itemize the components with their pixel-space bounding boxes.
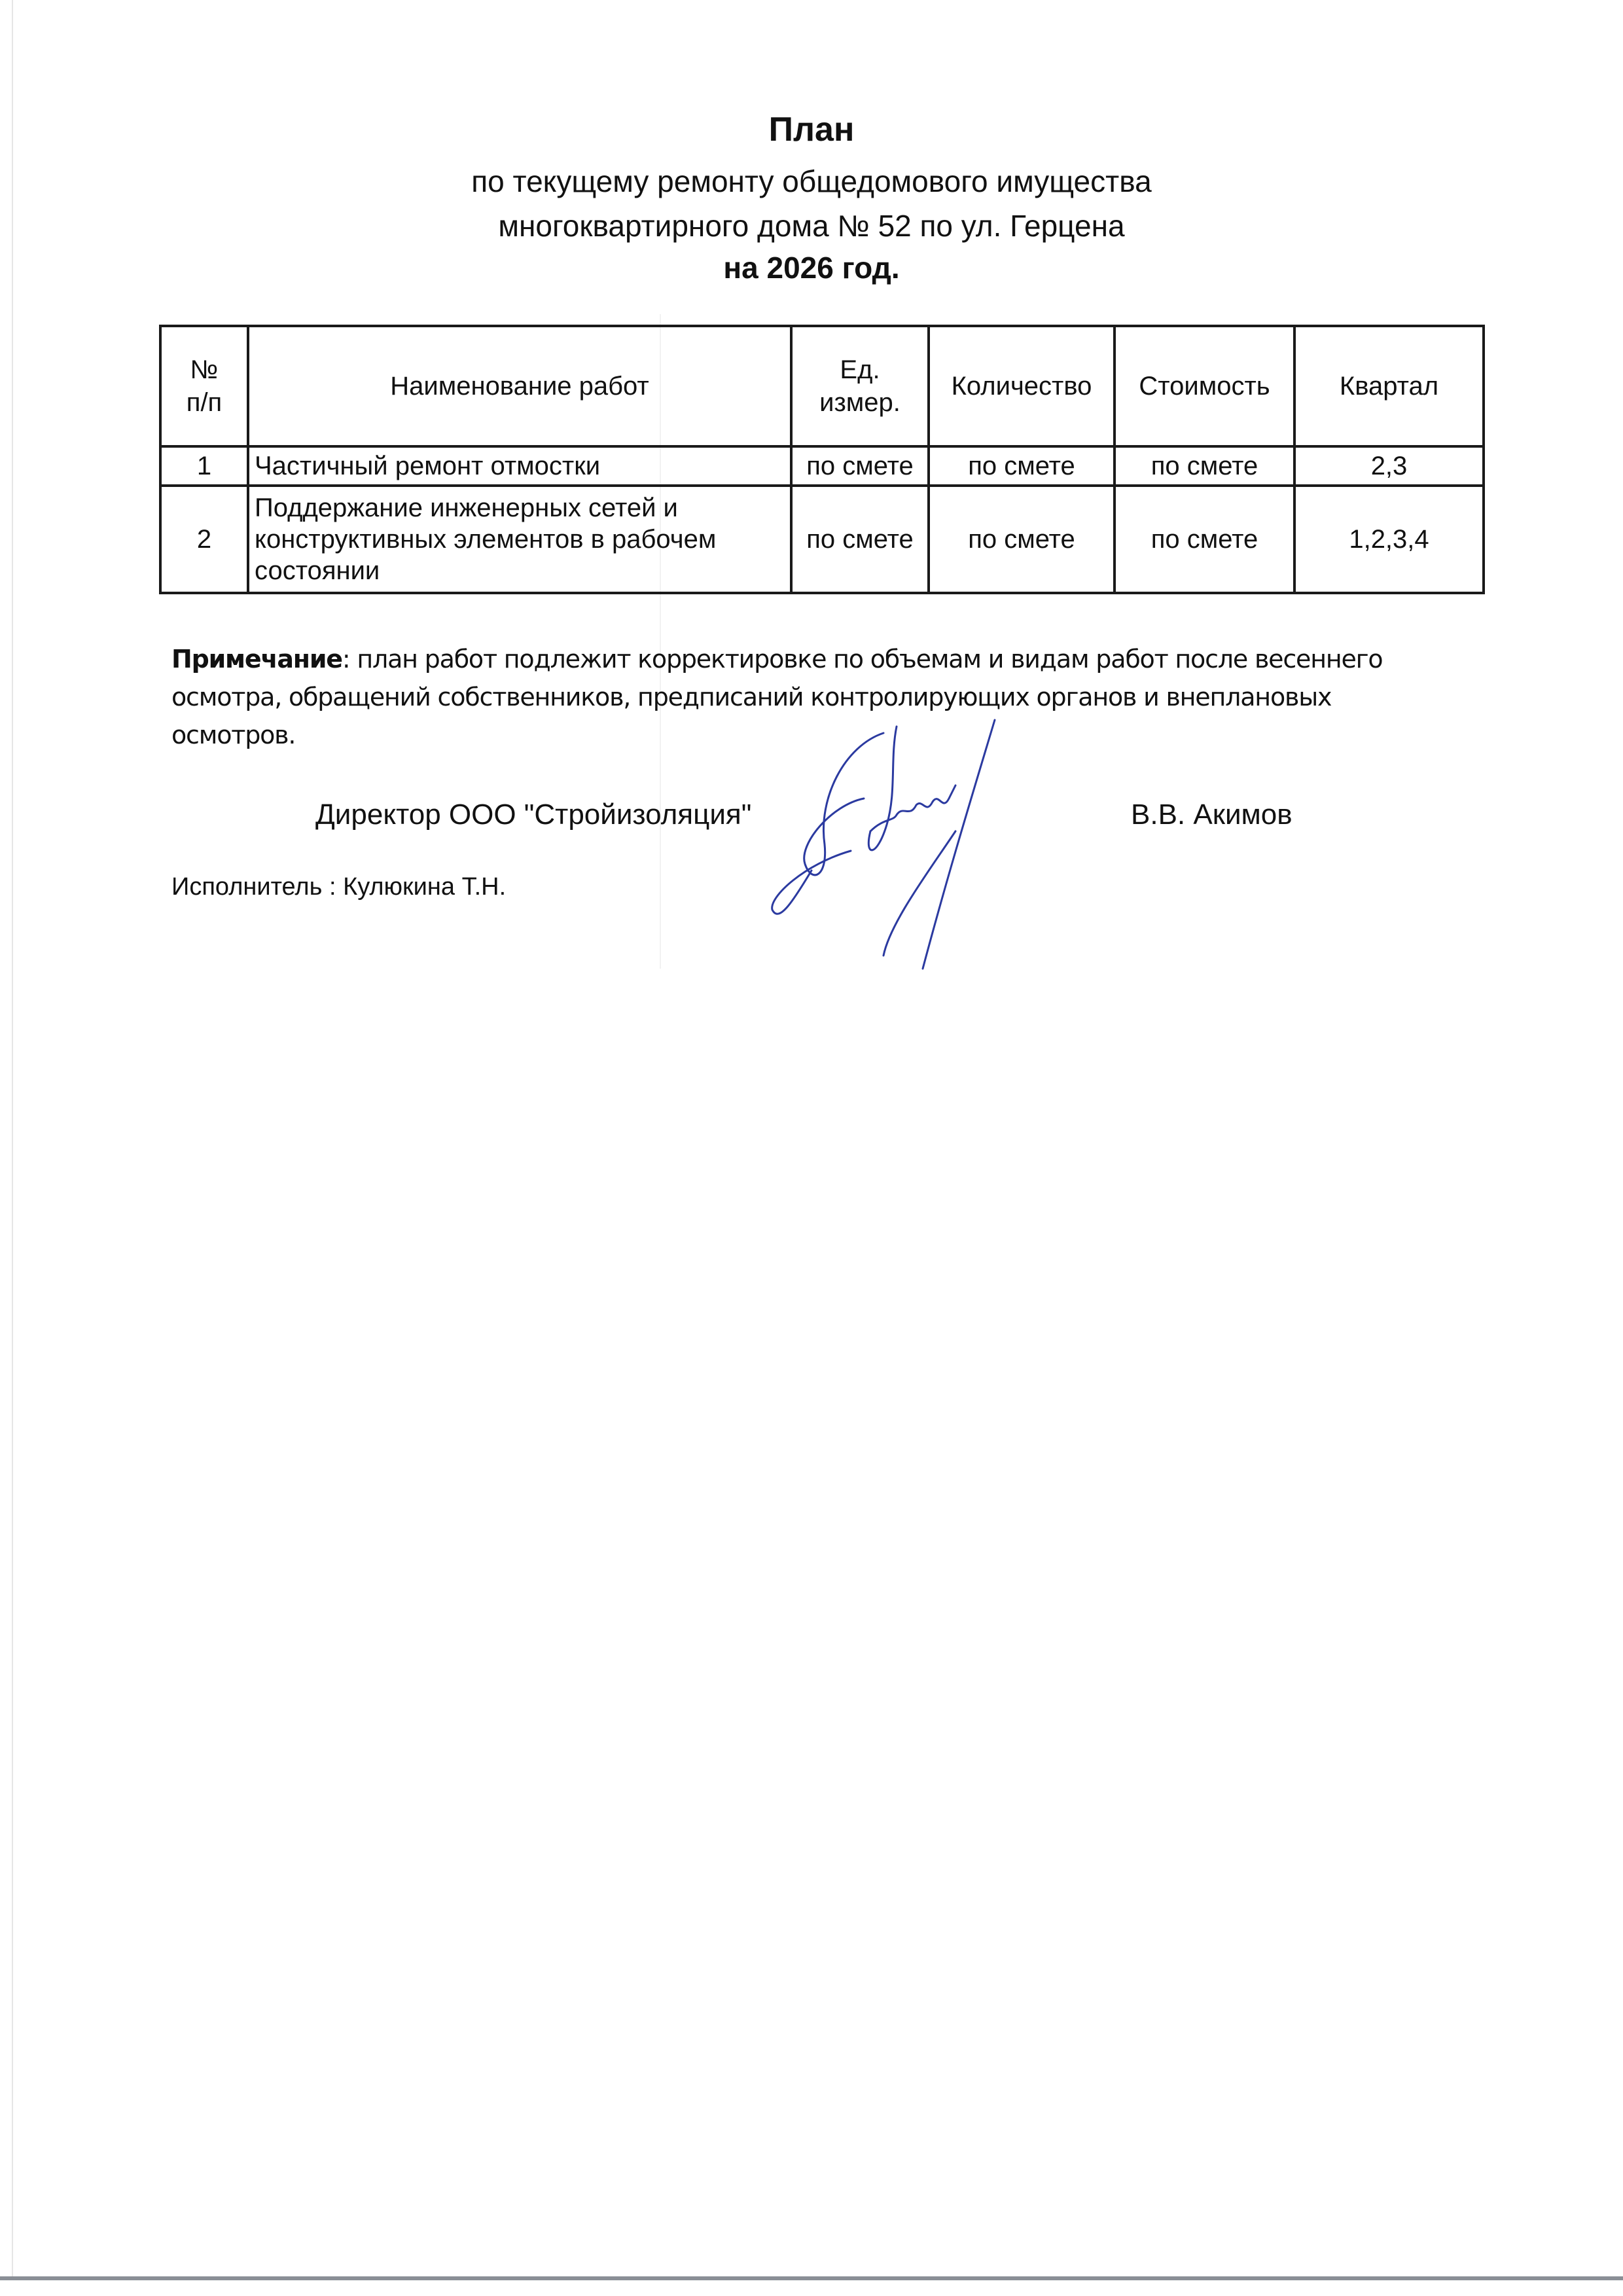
column-header-quarter: Квартал <box>1294 326 1484 446</box>
cell-quantity: по смете <box>929 446 1115 486</box>
table-header-row: № п/п Наименование работ Ед. измер. Коли… <box>160 326 1484 446</box>
document-page: План по текущему ремонту общедомового им… <box>0 0 1623 2296</box>
cell-unit: по смете <box>791 446 929 486</box>
scan-edge-bottom <box>0 2276 1623 2280</box>
cell-work-name: Поддержание инженерных сетей и конструкт… <box>248 486 791 593</box>
director-name: В.В. Акимов <box>1131 798 1293 831</box>
cell-work-name: Частичный ремонт отмостки <box>248 446 791 486</box>
column-header-number: № п/п <box>160 326 248 446</box>
cell-unit: по смете <box>791 486 929 593</box>
column-header-cost: Стоимость <box>1115 326 1294 446</box>
executor-line: Исполнитель : Кулюкина Т.Н. <box>171 873 506 901</box>
table-row: 1 Частичный ремонт отмостки по смете по … <box>160 446 1484 486</box>
plan-table: № п/п Наименование работ Ед. измер. Коли… <box>159 325 1485 594</box>
column-header-quantity: Количество <box>929 326 1115 446</box>
document-subtitle-line1: по текущему ремонту общедомового имущест… <box>0 164 1623 199</box>
column-header-work-name: Наименование работ <box>248 326 791 446</box>
handwritten-signature-icon <box>733 707 1099 982</box>
scan-edge-left <box>12 0 13 2276</box>
cell-cost: по смете <box>1115 446 1294 486</box>
cell-quarter: 1,2,3,4 <box>1294 486 1484 593</box>
note-label: Примечание <box>171 645 342 673</box>
column-header-unit: Ед. измер. <box>791 326 929 446</box>
cell-number: 2 <box>160 486 248 593</box>
director-title: Директор ООО "Стройизоляция" <box>315 798 751 831</box>
cell-cost: по смете <box>1115 486 1294 593</box>
document-subtitle-line2: многоквартирного дома № 52 по ул. Герцен… <box>0 208 1623 243</box>
cell-quantity: по смете <box>929 486 1115 593</box>
table-row: 2 Поддержание инженерных сетей и констру… <box>160 486 1484 593</box>
cell-quarter: 2,3 <box>1294 446 1484 486</box>
document-title: План <box>0 110 1623 149</box>
cell-number: 1 <box>160 446 248 486</box>
document-year: на 2026 год. <box>0 250 1623 285</box>
